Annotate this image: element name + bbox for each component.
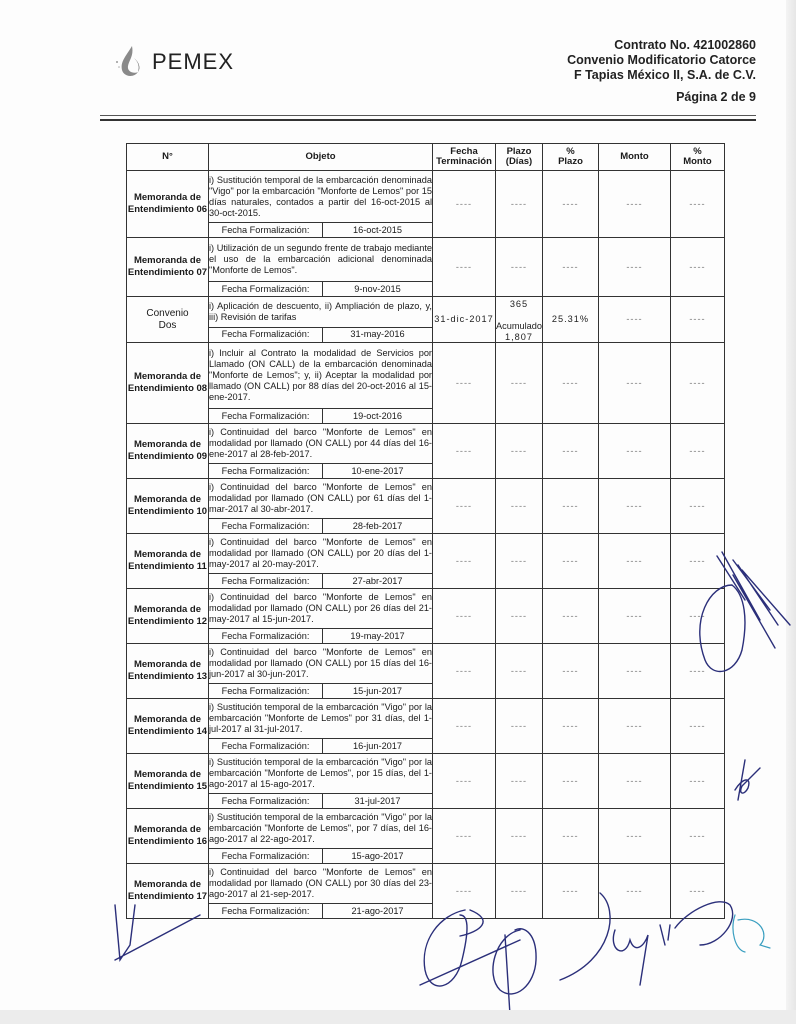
signature-marks — [0, 0, 796, 1024]
page-bottom-shadow — [0, 1010, 796, 1024]
